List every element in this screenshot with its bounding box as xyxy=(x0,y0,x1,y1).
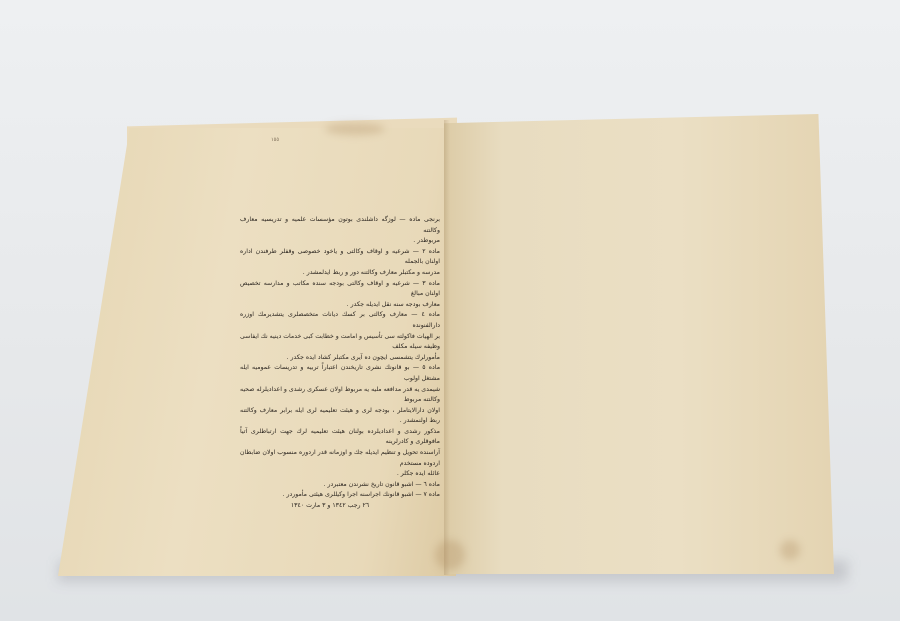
law-text-block: برنجی ماده — لوزگه داشلندی بوتون مؤسسات … xyxy=(240,215,440,512)
text-line: معارف بودجه سنه نقل ایدیله جکدر . xyxy=(240,300,440,311)
date-line: ٢٦ رجب ١٣٤٢ و ٣ مارت ١٣٤٠ xyxy=(240,501,440,512)
stain xyxy=(435,540,465,570)
center-fold xyxy=(444,120,450,575)
text-line: مذکور رشدی و اعدادیلرده بولنان هیئت تعلی… xyxy=(240,427,440,448)
page-number: ١٥٥ xyxy=(271,137,279,143)
text-line: برنجی ماده — لوزگه داشلندی بوتون مؤسسات … xyxy=(240,215,440,236)
stain xyxy=(325,123,385,135)
text-line: شیمدی یه قدر مدافعه ملیه یه مربوط اولان … xyxy=(240,385,440,406)
stain xyxy=(780,540,800,560)
text-line: مدرسه و مکتبلر معارف وکالتنه دور و ربط ا… xyxy=(240,268,440,279)
text-line: عائله ایده جکلر . xyxy=(240,469,440,480)
text-line: ماده ۷ — اشبو قانونك اجراسنه اجرا وکیللر… xyxy=(240,490,440,501)
right-page xyxy=(444,114,834,574)
text-line: ماده ٥ — بو قانونك نشری تاریخندن اعتبارا… xyxy=(240,363,440,384)
text-line: ماده ۲ — شرعیه و اوقاف وکالتی و یاخود خص… xyxy=(240,247,440,268)
text-line: اولان دارالایتاملر ، بودجه لری و هیئت تع… xyxy=(240,406,440,427)
text-line: ماده ٦ — اشبو قانون تاریخ نشرندن معتبردر… xyxy=(240,480,440,491)
text-line: ماده ٤ — معارف وکالتی بر کسك دیانات متخص… xyxy=(240,310,440,331)
text-line: مربوطدر . xyxy=(240,236,440,247)
text-line: ماده ۳ — شرعیه و اوقاف وکالتی بودجه سنده… xyxy=(240,279,440,300)
text-line: بر الهیات فاکولته سی تأسیس و امامت و خطا… xyxy=(240,332,440,353)
text-line: آراسنده تحویل و تنظیم ایدیله جك و اوزمان… xyxy=(240,448,440,469)
text-line: مأمورلرك یتشمسی ایچون ده آیری مکتبلر کشا… xyxy=(240,353,440,364)
